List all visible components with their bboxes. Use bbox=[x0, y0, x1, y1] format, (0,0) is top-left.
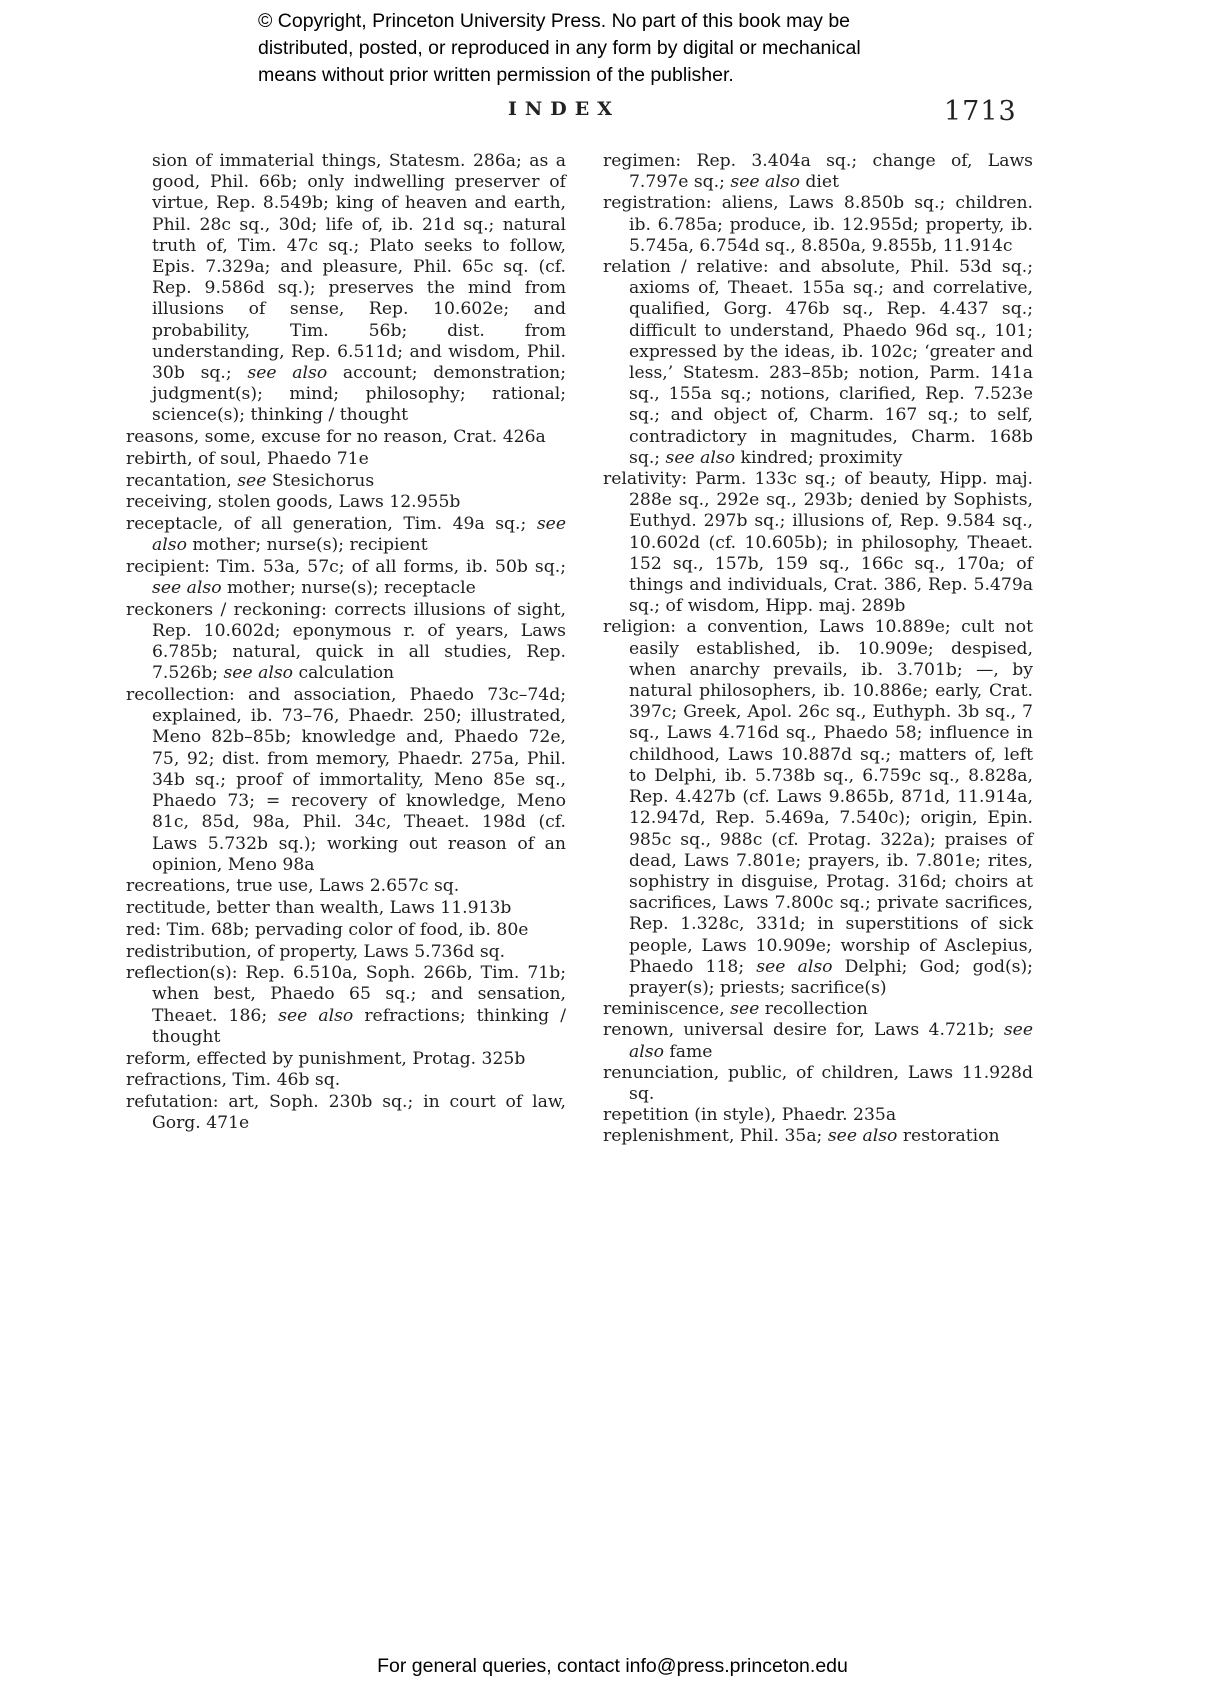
index-entry: reminiscence, see recollection bbox=[603, 999, 1033, 1020]
cross-reference-label: see also bbox=[152, 578, 222, 598]
index-entry: regimen: Rep. 3.404a sq.; change of, Law… bbox=[603, 151, 1033, 193]
copyright-notice: © Copyright, Princeton University Press.… bbox=[258, 8, 958, 89]
entry-text: replenishment, Phil. 35a; bbox=[603, 1126, 828, 1146]
index-entry: renunciation, public, of children, Laws … bbox=[603, 1063, 1033, 1105]
index-entry: reform, effected by punishment, Protag. … bbox=[126, 1049, 566, 1070]
index-entry: recreations, true use, Laws 2.657c sq. bbox=[126, 876, 566, 897]
cross-reference-label: see bbox=[730, 999, 759, 1019]
cross-reference-label: see also bbox=[278, 1006, 353, 1026]
entry-text: renunciation, public, of children, Laws … bbox=[603, 1063, 1033, 1104]
copyright-line: distributed, posted, or reproduced in an… bbox=[258, 35, 958, 62]
index-entry: receiving, stolen goods, Laws 12.955b bbox=[126, 492, 566, 513]
entry-text: recollection bbox=[759, 999, 867, 1019]
entry-text: calculation bbox=[293, 663, 394, 683]
index-entry: religion: a convention, Laws 10.889e; cu… bbox=[603, 617, 1033, 999]
cross-reference-label: see also bbox=[223, 663, 293, 683]
index-entry: rectitude, better than wealth, Laws 11.9… bbox=[126, 898, 566, 919]
cross-reference-label: see also bbox=[756, 957, 832, 977]
entry-text: diet bbox=[800, 172, 839, 192]
entry-text: rectitude, better than wealth, Laws 11.9… bbox=[126, 898, 511, 918]
entry-text: reasons, some, excuse for no reason, Cra… bbox=[126, 427, 546, 447]
entry-text: relation / relative: and absolute, Phil.… bbox=[603, 257, 1033, 468]
copyright-line: © Copyright, Princeton University Press.… bbox=[258, 8, 958, 35]
index-entry: reflection(s): Rep. 6.510a, Soph. 266b, … bbox=[126, 963, 566, 1048]
cross-reference-label: see also bbox=[730, 172, 800, 192]
entry-text: Stesichorus bbox=[266, 471, 374, 491]
copyright-line: means without prior written permission o… bbox=[258, 62, 958, 89]
footer-contact: For general queries, contact info@press.… bbox=[0, 1655, 1225, 1678]
index-entry: recipient: Tim. 53a, 57c; of all forms, … bbox=[126, 557, 566, 599]
entry-text: recollection: and association, Phaedo 73… bbox=[126, 685, 566, 875]
index-column-right: regimen: Rep. 3.404a sq.; change of, Law… bbox=[603, 151, 1033, 1148]
entry-text: reminiscence, bbox=[603, 999, 730, 1019]
cross-reference-label: see bbox=[237, 471, 266, 491]
entry-text: restoration bbox=[897, 1126, 999, 1146]
entry-text: mother; nurse(s); recipient bbox=[187, 535, 428, 555]
entry-text: religion: a convention, Laws 10.889e; cu… bbox=[603, 617, 1033, 976]
running-title: INDEX bbox=[508, 98, 620, 120]
entry-text: fame bbox=[664, 1042, 713, 1062]
index-entry: relation / relative: and absolute, Phil.… bbox=[603, 257, 1033, 469]
index-column-left: sion of immaterial things, Statesm. 286a… bbox=[126, 151, 566, 1135]
index-entry: refutation: art, Soph. 230b sq.; in cour… bbox=[126, 1092, 566, 1134]
index-entry: renown, universal desire for, Laws 4.721… bbox=[603, 1020, 1033, 1062]
index-entry: reckoners / reckoning: corrects illusion… bbox=[126, 600, 566, 685]
cross-reference-label: see also bbox=[666, 448, 736, 468]
index-entry: red: Tim. 68b; pervading color of food, … bbox=[126, 920, 566, 941]
entry-text: refractions, Tim. 46b sq. bbox=[126, 1070, 340, 1090]
entry-text: mother; nurse(s); receptacle bbox=[222, 578, 476, 598]
index-entry: reasons, some, excuse for no reason, Cra… bbox=[126, 427, 566, 448]
cross-reference-label: see also bbox=[828, 1126, 898, 1146]
index-entry: replenishment, Phil. 35a; see also resto… bbox=[603, 1126, 1033, 1147]
index-entry: registration: aliens, Laws 8.850b sq.; c… bbox=[603, 193, 1033, 257]
entry-text: kindred; proximity bbox=[735, 448, 902, 468]
entry-text: repetition (in style), Phaedr. 235a bbox=[603, 1105, 896, 1125]
entry-text: recreations, true use, Laws 2.657c sq. bbox=[126, 876, 459, 896]
index-entry: refractions, Tim. 46b sq. bbox=[126, 1070, 566, 1091]
index-entry: repetition (in style), Phaedr. 235a bbox=[603, 1105, 1033, 1126]
entry-text: rebirth, of soul, Phaedo 71e bbox=[126, 449, 369, 469]
entry-text: renown, universal desire for, Laws 4.721… bbox=[603, 1020, 1004, 1040]
entry-text: sion of immaterial things, Statesm. 286a… bbox=[152, 151, 566, 383]
cross-reference-label: see also bbox=[247, 363, 327, 383]
page-number: 1713 bbox=[944, 96, 1017, 127]
entry-text: reform, effected by punishment, Protag. … bbox=[126, 1049, 525, 1069]
index-entry: recollection: and association, Phaedo 73… bbox=[126, 685, 566, 876]
entry-text: receiving, stolen goods, Laws 12.955b bbox=[126, 492, 460, 512]
entry-text: relativity: Parm. 133c sq.; of beauty, H… bbox=[603, 469, 1033, 616]
index-entry: recantation, see Stesichorus bbox=[126, 471, 566, 492]
entry-text: redistribution, of property, Laws 5.736d… bbox=[126, 942, 505, 962]
running-head: INDEX 1713 bbox=[0, 96, 1225, 136]
index-entry: receptacle, of all generation, Tim. 49a … bbox=[126, 514, 566, 556]
entry-text: red: Tim. 68b; pervading color of food, … bbox=[126, 920, 528, 940]
index-entry: rebirth, of soul, Phaedo 71e bbox=[126, 449, 566, 470]
index-entry: sion of immaterial things, Statesm. 286a… bbox=[126, 151, 566, 427]
entry-text: recantation, bbox=[126, 471, 237, 491]
entry-text: registration: aliens, Laws 8.850b sq.; c… bbox=[603, 193, 1033, 255]
entry-text: recipient: Tim. 53a, 57c; of all forms, … bbox=[126, 557, 566, 577]
index-entry: redistribution, of property, Laws 5.736d… bbox=[126, 942, 566, 963]
index-entry: relativity: Parm. 133c sq.; of beauty, H… bbox=[603, 469, 1033, 617]
entry-text: refutation: art, Soph. 230b sq.; in cour… bbox=[126, 1092, 566, 1133]
entry-text: receptacle, of all generation, Tim. 49a … bbox=[126, 514, 537, 534]
